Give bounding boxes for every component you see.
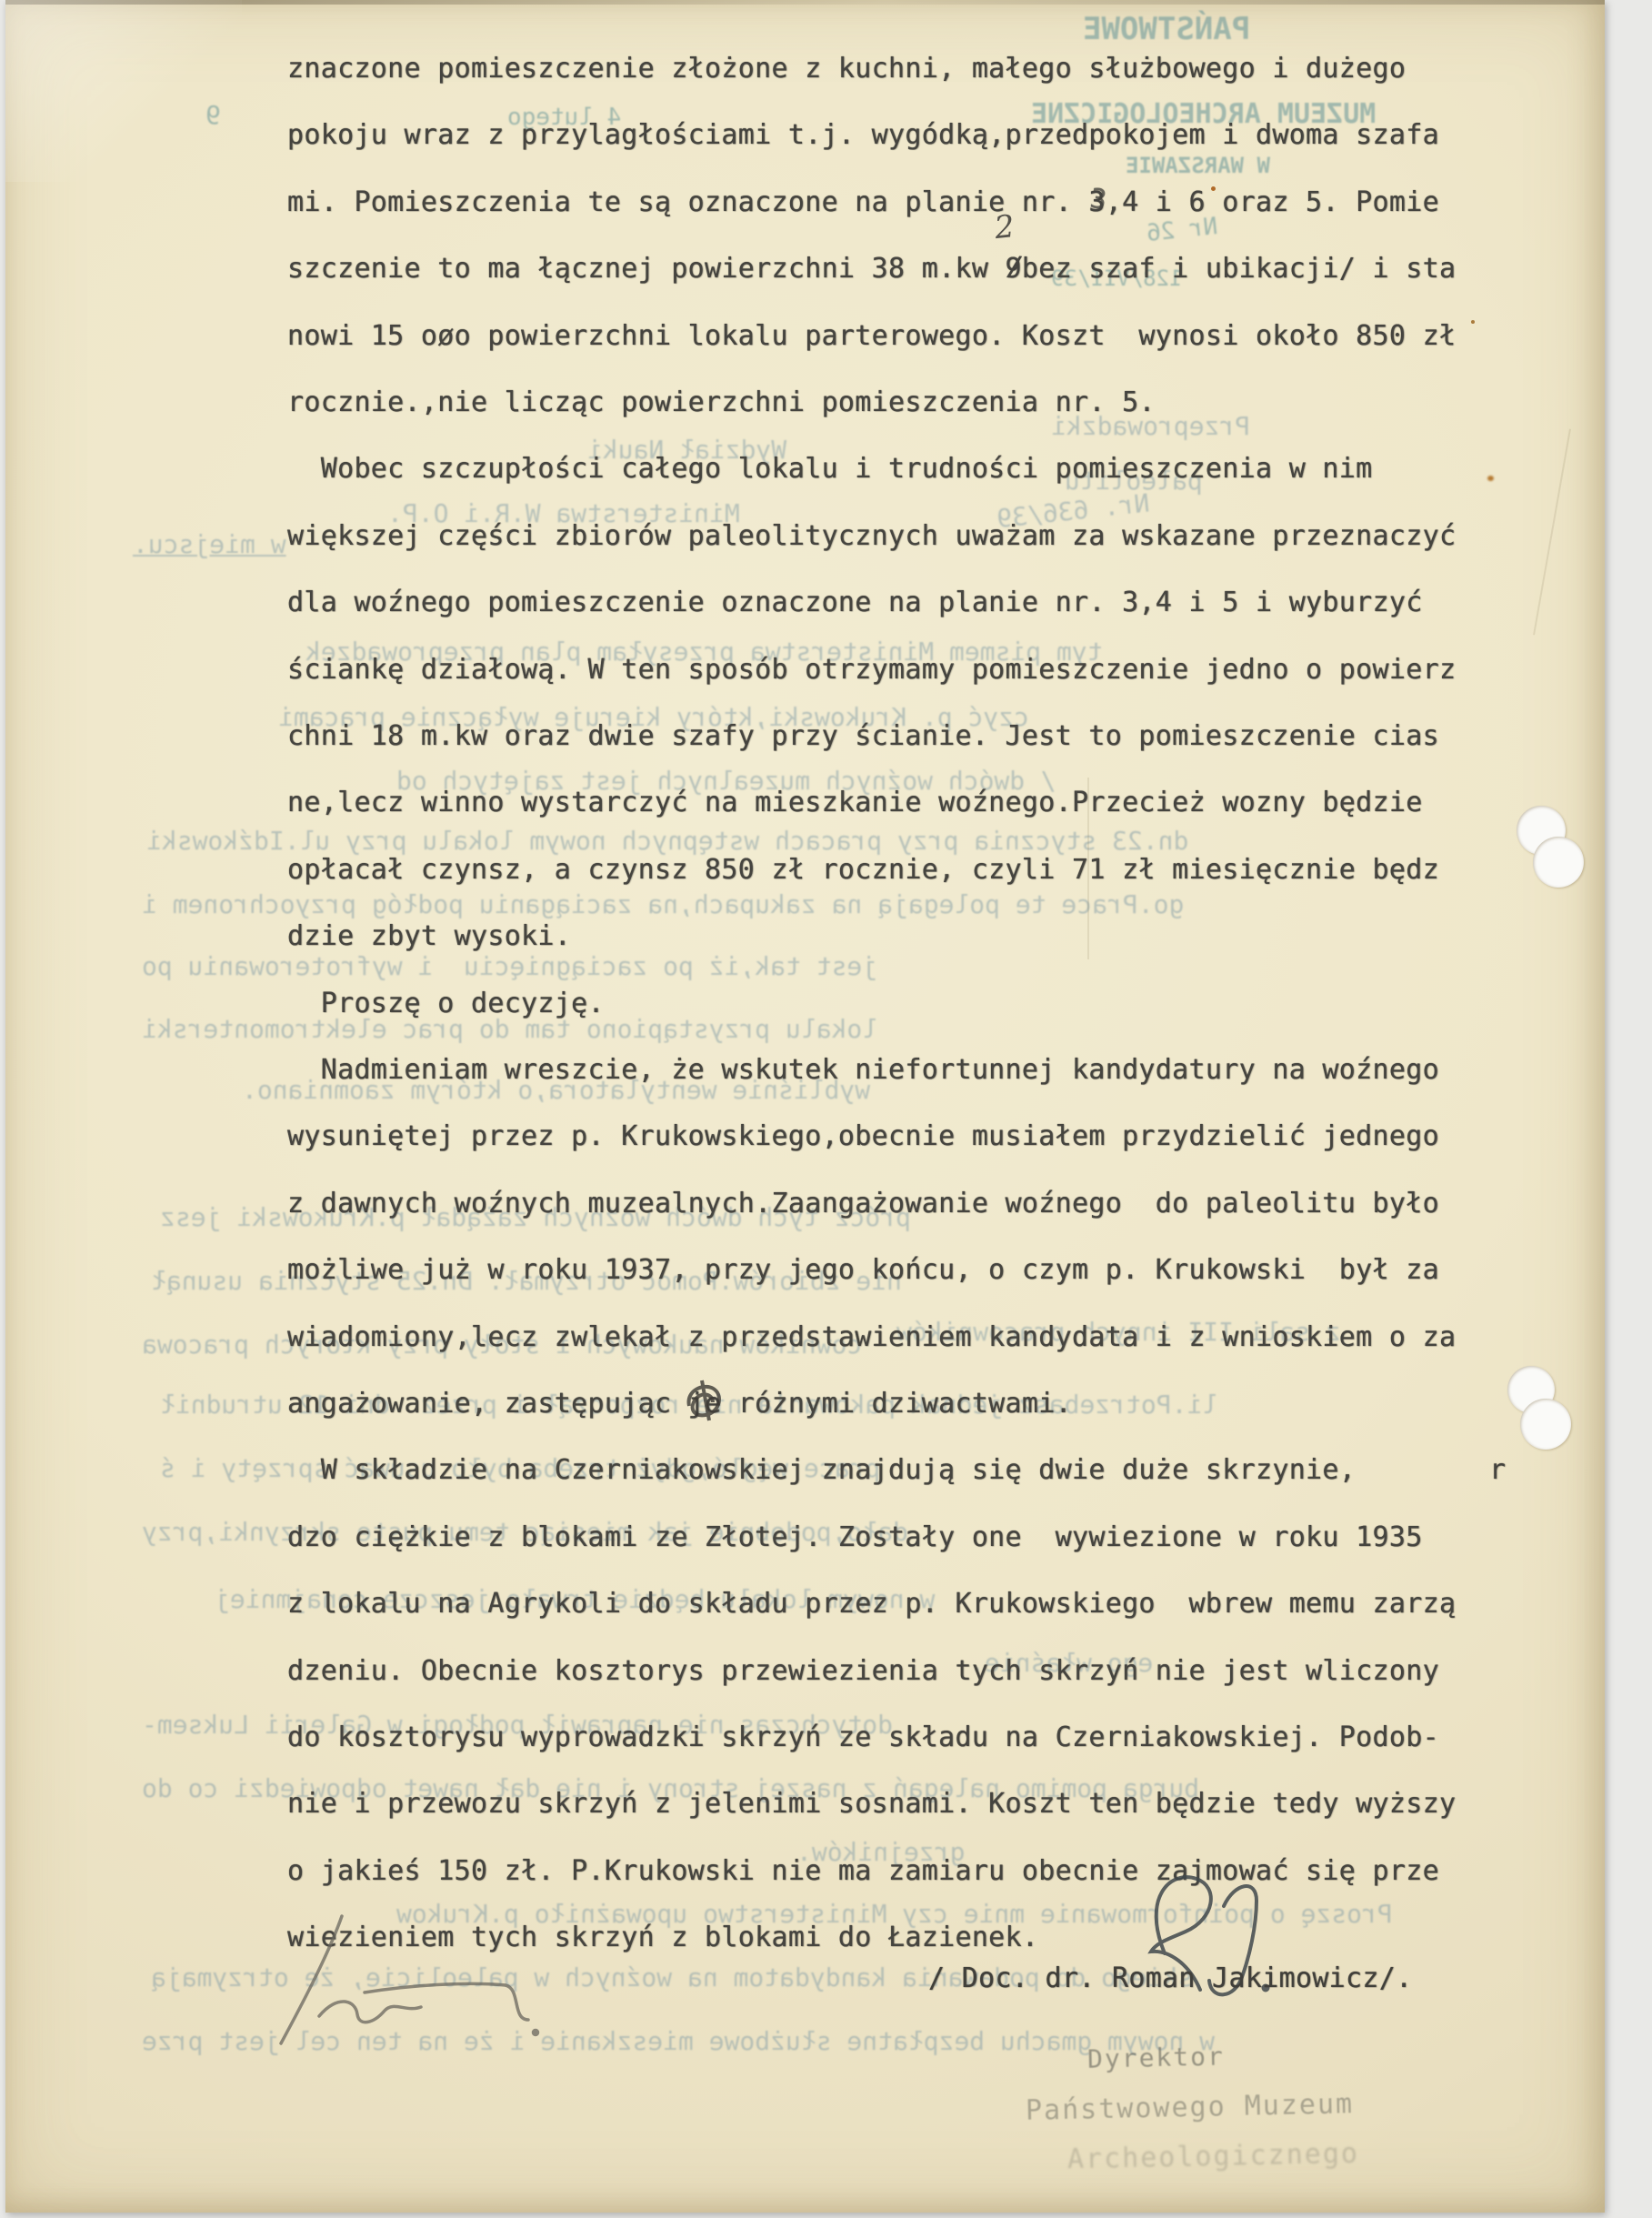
typed-line: Nadmieniam wreszcie, że wskutek niefortu…: [287, 1054, 1439, 1087]
scanned-letter-page: PAŃSTWOWEMUZEUM ARCHEOLOGICZNEW WARSZAWI…: [5, 0, 1605, 2213]
typed-line: nowi 15 oøo powierzchni lokalu parterowe…: [287, 320, 1456, 353]
overstrike-slash: /: [1005, 250, 1025, 284]
bleedthrough-text: W WARSZAWIE: [1126, 153, 1270, 178]
director-stamp-line1: Dyrektor: [1087, 2041, 1226, 2073]
typed-line: mi. Pomieszczenia te są oznaczone na pla…: [287, 186, 1439, 219]
typed-line: wiadomiony,lecz zwlekał z przedstawienie…: [287, 1321, 1456, 1354]
typed-line: nie i przewozu skrzyń z jelenimi sosnami…: [287, 1788, 1456, 1821]
pencil-annotation: [228, 1905, 592, 2060]
punch-hole: [1520, 1399, 1571, 1450]
handwritten-exponent-2: 2: [993, 208, 1016, 246]
typed-line: ściankę działową. W ten sposób otrzymamy…: [287, 654, 1456, 687]
typed-line: Proszę o decyzję.: [287, 988, 605, 1020]
bleedthrough-text: dn.23 stycznia przy pracach wstępnych no…: [146, 826, 1188, 856]
bleedthrough-text: 9: [205, 100, 221, 130]
typed-line: chni 18 m.kw oraz dwie szafy przy ściani…: [287, 720, 1439, 753]
typed-line: znaczone pomieszczenie złożone z kuchni,…: [287, 53, 1406, 85]
signature-name-line: / Doc. dr. Roman Jakimowicz/.: [928, 1962, 1412, 1994]
director-stamp-line3: Archeologicznego: [1067, 2138, 1360, 2176]
typed-line: W składzie na Czerniakowskiej znajdują s…: [287, 1454, 1506, 1487]
typed-line: wysuniętej przez p. Krukowskiego,obecnie…: [287, 1120, 1439, 1153]
typed-line: z dawnych woźnych muzealnych.Zaangażowan…: [287, 1188, 1439, 1220]
typed-line: z lokalu na Agrykoli do składu przez p. …: [287, 1588, 1456, 1621]
typed-line: dla woźnego pomieszczenie oznaczone na p…: [287, 587, 1423, 619]
typed-line: możliwe już w roku 1937, przy jego końcu…: [287, 1254, 1439, 1287]
paper-crease: [1533, 429, 1571, 636]
typed-line: opłacał czynsz, a czynsz 850 zł rocznie,…: [287, 854, 1439, 887]
bleedthrough-text: jest tak,iż po zaciągnięciu i wyfroterow…: [142, 951, 877, 981]
bleedthrough-text: go.Prace te polegają na zakupach,na zaci…: [142, 889, 1184, 919]
rust-speck: [1211, 186, 1216, 191]
typed-line: Wobec szczupłości całego lokalu i trudno…: [287, 453, 1373, 486]
typed-line: dzie zbyt wysoki.: [287, 920, 571, 953]
ink-overstrike-blot: [682, 1379, 736, 1424]
typed-line: większej części zbiorów paleolitycznych …: [287, 520, 1456, 553]
typed-line: ne,lecz winno wystarczyć na mieszkanie w…: [287, 787, 1423, 819]
paper-fold-highlight: [5, 0, 242, 182]
punch-hole: [1533, 837, 1584, 888]
typed-line: do kosztorysu wyprowadzki skrzyń ze skła…: [287, 1721, 1439, 1754]
paper-crease: [1087, 778, 1089, 959]
typed-line: dzo ciężkie z blokami ze Złotej. Zostały…: [287, 1521, 1423, 1554]
typed-line: rocznie.,nie licząc powierzchni pomieszc…: [287, 386, 1156, 419]
rust-speck: [1471, 320, 1475, 324]
typed-line: dzeniu. Obecnie kosztorys przewiezienia …: [287, 1655, 1439, 1688]
typed-line: szczenie to ma łącznej powierzchni 38 m.…: [287, 253, 1456, 286]
director-stamp-line2: Państwowego Muzeum: [1026, 2088, 1355, 2127]
bleedthrough-text: w miejscu.: [133, 529, 286, 559]
rust-speck: [1487, 476, 1494, 481]
typed-line: angażowanie, zastępując je różnymi dziwa…: [287, 1388, 1072, 1420]
typed-line: pokoju wraz z przylagłościami t.j. wygód…: [287, 119, 1439, 152]
bleedthrough-text: PAŃSTWOWE: [1083, 11, 1250, 47]
